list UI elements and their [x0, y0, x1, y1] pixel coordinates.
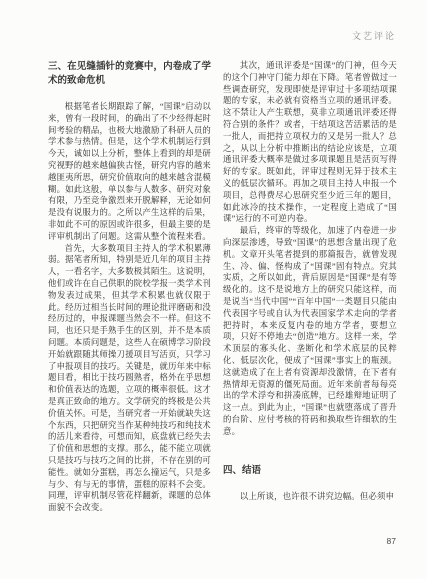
- journal-page: 文艺评论 三、在见缝插针的竞赛中，内卷成了学术的致命危机 根据笔者长期跟踪了解，…: [0, 0, 427, 579]
- closing-paragraph: 以上所谈，也许很不讲究边幅。但必须申: [223, 491, 397, 503]
- section-heading-3: 三、在见缝插针的竞赛中，内卷成了学术的致命危机: [48, 60, 211, 88]
- section-heading-4: 四、结语: [223, 464, 397, 478]
- right-paragraph-1: 其次，通讯评委是“国课”的门神，但今天的这个门神守门能力却在下降。笔者曾做过一些…: [223, 60, 397, 225]
- page-number: 87: [387, 536, 396, 546]
- left-column: 三、在见缝插针的竞赛中，内卷成了学术的致命危机 根据笔者长期跟踪了解，“国课”启…: [48, 60, 211, 514]
- right-paragraph-2: 最后，终审的等级化，加速了内卷进一步向深层渗透，导致“国课”的思想含量出现了危机…: [223, 225, 397, 437]
- left-paragraph-2: 首先，大多数项目主持人的学术积累薄弱。据笔者所知，特别是近几年的项目主持人，一看…: [48, 243, 211, 514]
- right-column: 其次，通讯评委是“国课”的门神，但今天的这个门神守门能力却在下降。笔者曾做过一些…: [223, 60, 397, 502]
- left-paragraph-1: 根据笔者长期跟踪了解，“国课”启动以来，曾有一段时间，的确出了不少经得起时间考验…: [48, 101, 211, 243]
- journal-section-header: 文艺评论: [352, 29, 396, 42]
